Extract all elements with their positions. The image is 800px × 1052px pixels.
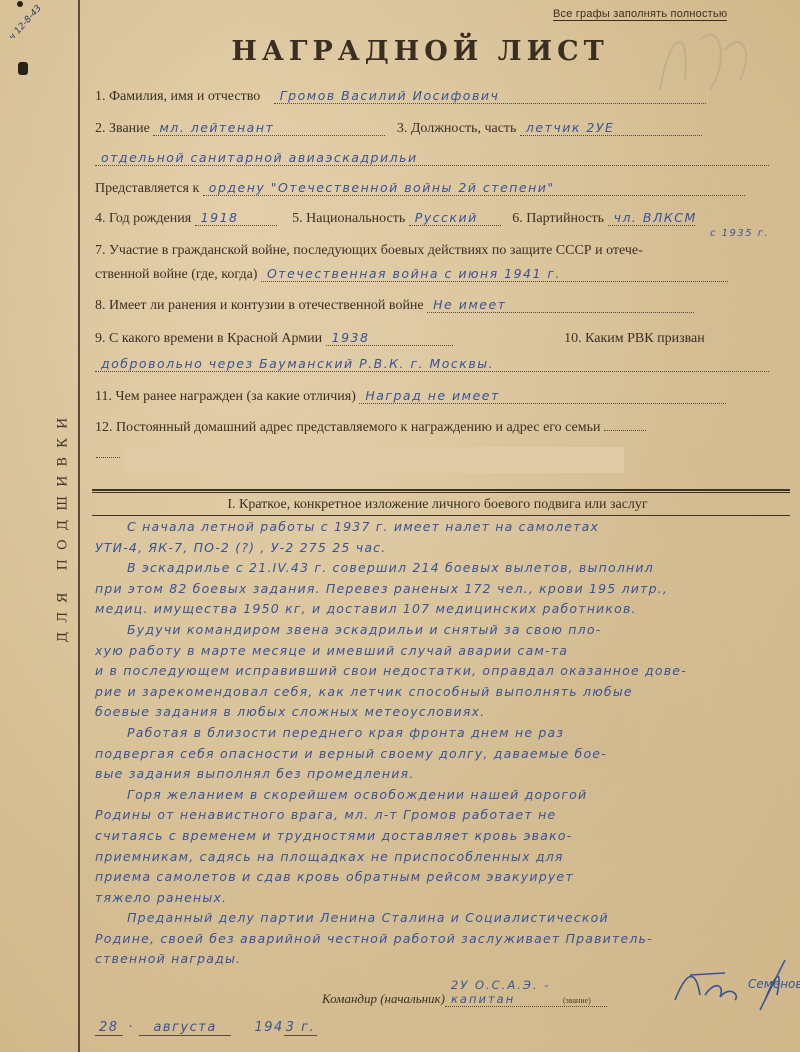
narrative-line: медиц. имущества 1950 кг, и доставил 107… (95, 599, 780, 620)
field-wounds: 8. Имеет ли ранения и контузии в отечест… (95, 297, 780, 314)
section-rule-top (92, 489, 790, 491)
narrative-line: С начала летной работы с 1937 г. имеет н… (95, 517, 780, 538)
field-full-name: 1. Фамилия, имя и отчество Громов Васили… (95, 88, 780, 105)
narrative-line: подвергая себя опасности и верный своему… (95, 744, 780, 765)
narrative-line: Родине, своей без аварийной честной рабо… (95, 929, 780, 950)
narrative-line: Будучи командиром звена эскадрильи и сня… (95, 620, 780, 641)
field-position-continued: отдельной санитарной авиаэскадрильи (95, 150, 780, 167)
nationality-value: Русский (409, 210, 501, 226)
award-value: ордену "Отечественной войны 2й степени" (203, 180, 745, 196)
rank-value: мл. лейтенант (153, 120, 385, 136)
field-war-participation: 7. Участие в гражданской войне, последую… (95, 243, 780, 259)
narrative-line: считаясь с временем и трудностями достав… (95, 826, 780, 847)
section-title: I. Краткое, конкретное изложение личного… (95, 497, 780, 513)
field-rvk: добровольно через Бауманский Р.В.К. г. М… (95, 356, 780, 373)
narrative-line: при этом 82 боевых задания. Перевез ране… (95, 579, 780, 600)
narrative-line: Работая в близости переднего края фронта… (95, 723, 780, 744)
redacted-address (124, 447, 624, 473)
narrative-line: Преданный делу партии Ленина Сталина и С… (95, 908, 780, 929)
narrative-line: Горя желанием в скорейшем освобождении н… (95, 785, 780, 806)
narrative-line: вые задания выполнял без промедления. (95, 764, 780, 785)
narrative-line: приема самолетов и сдав кровь обратным р… (95, 867, 780, 888)
full-name-value: Громов Василий Иосифович (274, 88, 706, 104)
position-value: летчик 2УЕ (520, 120, 702, 136)
army-since-value: 1938 (326, 330, 453, 346)
field-rank-position: 2. Звание мл. лейтенант 3. Должность, ча… (95, 120, 780, 137)
birth-year-value: 1918 (195, 210, 277, 226)
section-rule-bottom (92, 515, 790, 516)
binding-margin-line (78, 0, 80, 1052)
narrative-line: Родины от ненавистного врага, мл. л-т Гр… (95, 805, 780, 826)
wounds-value: Не имеет (427, 297, 694, 313)
date-line: 28 · августа 1943 г. (95, 1020, 317, 1035)
position-value-continued: отдельной санитарной авиаэскадрильи (95, 150, 769, 166)
rvk-value: добровольно через Бауманский Р.В.К. г. М… (95, 356, 769, 372)
binding-margin-label: ДЛЯ ПОДШИВКИ (52, 395, 74, 655)
party-note: с 1935 г. (710, 228, 780, 239)
narrative-line: УТИ-4, ЯК-7, ПО-2 (?) , У-2 275 25 час. (95, 538, 780, 559)
field-birth-nationality-party: 4. Год рождения 1918 5. Национальность Р… (95, 210, 780, 227)
punch-hole (17, 1, 23, 7)
narrative-line: хую работу в марте месяце и имевший случ… (95, 641, 780, 662)
narrative-line: рие и зарекомендовал себя, как летчик сп… (95, 682, 780, 703)
field-war-participation-continued: ственной войне (где, когда) Отечественна… (95, 266, 780, 283)
field-army-since: 9. С какого времени в Красной Армии 1938… (95, 330, 780, 347)
narrative-line: и в последующем исправивший свои недоста… (95, 661, 780, 682)
narrative-text: С начала летной работы с 1937 г. имеет н… (95, 517, 780, 970)
previous-awards-value: Наград не имеет (359, 388, 726, 404)
rank-caption: (звание) (563, 996, 591, 1005)
narrative-line: В эскадрилье с 21.IV.43 г. совершил 214 … (95, 558, 780, 579)
narrative-line: боевые задания в любых сложных метеоусло… (95, 702, 780, 723)
narrative-line: тяжело раненых. (95, 888, 780, 909)
field-presented-to: Представляется к ордену "Отечественной в… (95, 180, 780, 197)
signature-name: Семенов (748, 977, 800, 991)
party-value: чл. ВЛКСМ (608, 210, 695, 226)
field-previous-awards: 11. Чем ранее награжден (за какие отличи… (95, 388, 780, 405)
field-home-address: 12. Постоянный домашний адрес представля… (95, 420, 780, 436)
war-participation-value: Отечественная война с июня 1941 г. (261, 266, 728, 282)
narrative-line: приемникам, садясь на площадках не присп… (95, 847, 780, 868)
